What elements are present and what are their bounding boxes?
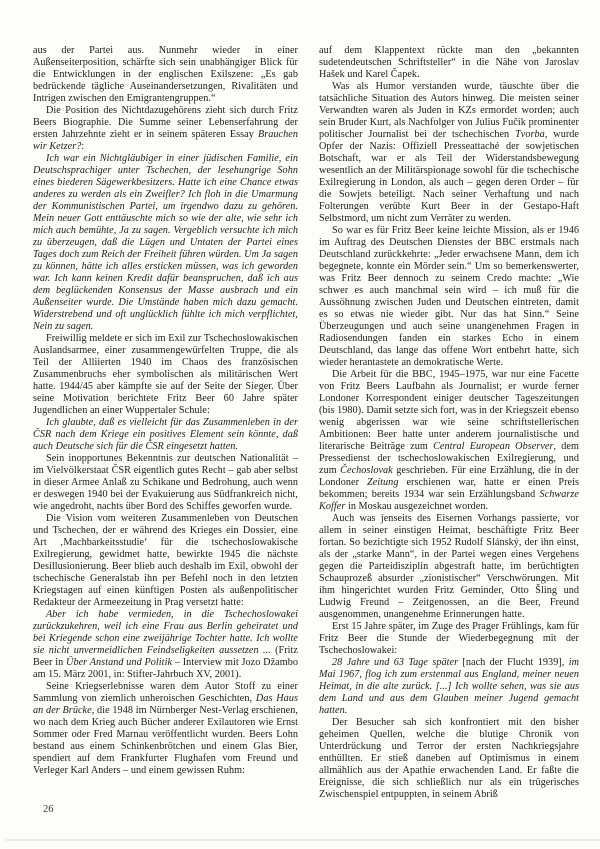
paragraph: Der Besucher sah sich konfrontiert mit d…: [319, 717, 579, 801]
paragraph: auf dem Klappentext rückte man den „beka…: [319, 45, 579, 81]
left-column: aus der Partei aus. Nunmehr wieder in ei…: [33, 45, 298, 801]
right-column: auf dem Klappentext rückte man den „beka…: [319, 45, 579, 801]
paragraph: Ich glaubte, daß es vielleicht für das Z…: [33, 417, 298, 453]
text-columns: aus der Partei aus. Nunmehr wieder in ei…: [33, 45, 580, 801]
paragraph: Sein inopportunes Bekenntnis zur deutsch…: [33, 453, 298, 513]
paragraph: Auch was jenseits des Eisernen Vorhangs …: [319, 513, 579, 621]
paragraph: Ich war ein Nichtgläubiger in einer jüdi…: [33, 153, 298, 333]
paragraph: 28 Jahre und 63 Tage später [nach der Fl…: [319, 657, 579, 717]
paragraph: Was als Humor verstanden wurde, täuschte…: [319, 81, 579, 225]
paragraph: Erst 15 Jahre später, im Zuge des Prager…: [319, 621, 579, 657]
paragraph: aus der Partei aus. Nunmehr wieder in ei…: [33, 45, 298, 105]
paragraph: Aber ich habe vermieden, in die Tschecho…: [33, 609, 298, 681]
page-number: 26: [43, 804, 54, 815]
paragraph: Die Position des Nichtdazugehörens zieht…: [33, 105, 298, 153]
scan-edge-shadow: [6, 839, 600, 841]
paragraph: Die Vision vom weiteren Zusammenleben vo…: [33, 513, 298, 609]
paragraph: Seine Kriegserlebnisse waren dem Autor S…: [33, 681, 298, 777]
paragraph: Die Arbeit für die BBC, 1945–1975, war n…: [319, 369, 579, 513]
paragraph: Freiwillig meldete er sich im Exil zur T…: [33, 333, 298, 417]
book-page: aus der Partei aus. Nunmehr wieder in ei…: [0, 0, 600, 849]
paragraph: So war es für Fritz Beer keine leichte M…: [319, 225, 579, 369]
